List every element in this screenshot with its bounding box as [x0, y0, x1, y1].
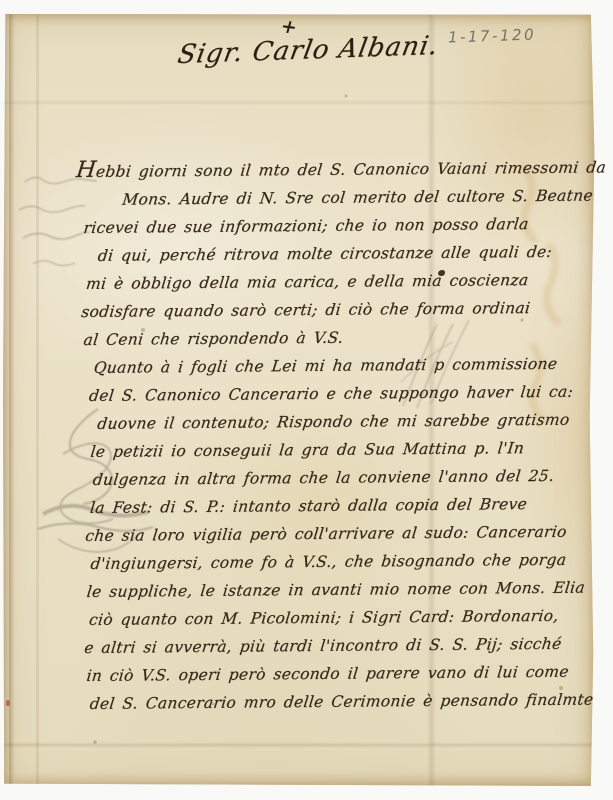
left-binding-crease [9, 14, 16, 786]
letter-body: Hebbi giorni sono il mto del S. Canonico… [76, 152, 563, 718]
manuscript-line: la Fest: di S. P.: intanto starò dalla c… [88, 490, 562, 522]
manuscript-line: ricevei due sue informazioni; che io non… [82, 210, 560, 242]
manuscript-line: di qui, perché ritrova molte circostanze… [96, 238, 560, 270]
manuscript-line: duovne il contenuto; Rispondo che mi sar… [96, 406, 562, 438]
manuscript-line: d'ingiungersi, come fo à V.S., che bisog… [89, 546, 563, 578]
left-secondary-crease [36, 14, 39, 786]
manuscript-line: che sia loro vigilia però coll'arrivare … [84, 518, 563, 550]
archival-number-annotation: 1-17-120 [448, 25, 537, 46]
manuscript-line: mi è obbligo della mia carica, e della m… [85, 266, 561, 298]
red-fiber-speck [6, 700, 10, 706]
manuscript-line: del S. Canonico Cancerario e che suppong… [87, 378, 561, 410]
manuscript-line: al Ceni che rispondendo à V.S. [82, 322, 561, 354]
scanned-letter-page: 1-17-120 + Sigr. Carlo Albani. Hebbi gio… [0, 0, 613, 800]
manuscript-line: Mons. Audre di N. Sre col merito del cul… [121, 182, 560, 214]
manuscript-line: Quanto à i fogli che Lei mi ha mandati p… [92, 350, 561, 382]
manuscript-line: le petizii io conseguii la gra da Sua Ma… [89, 434, 562, 466]
manuscript-line: le suppliche, le istanze in avanti mio n… [85, 574, 563, 606]
manuscript-line: ciò quanto con M. Picolomini; i Sigri Ca… [87, 602, 563, 634]
manuscript-line: e altri si avverrà, più tardi l'incontro… [83, 630, 564, 662]
lower-fold-crease [3, 742, 595, 748]
manuscript-line: del S. Cancerario mro delle Cerimonie è … [88, 686, 564, 718]
manuscript-line: sodisfare quando sarò certi; di ciò che … [80, 294, 561, 326]
manuscript-line: dulgenza in altra forma che la conviene … [91, 462, 562, 494]
manuscript-line: in ciò V.S. operi però secondo il parere… [85, 658, 564, 690]
manuscript-line: Hebbi giorni sono il mto del S. Canonico… [74, 152, 559, 186]
upper-fold-crease [3, 100, 595, 105]
